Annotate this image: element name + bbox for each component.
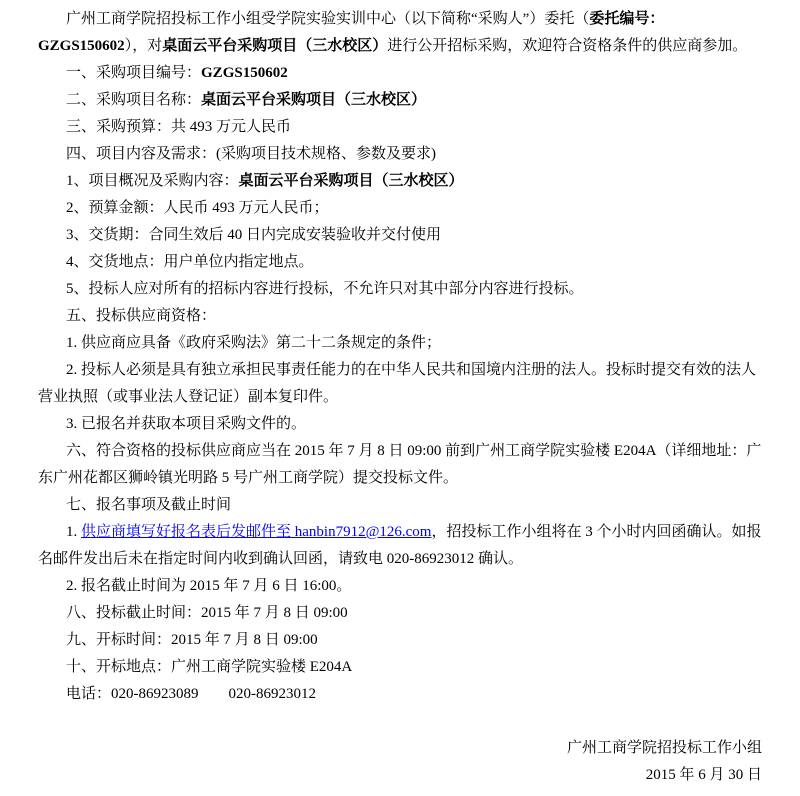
text-run: 4、交货地点：用户单位内指定地点。 [66, 254, 314, 270]
text-run: 2、预算金额：人民币 493 万元人民币； [66, 200, 329, 216]
bold-text: GZGS150602 [201, 65, 288, 81]
text-run: 七、报名事项及截止时间 [66, 497, 231, 513]
text-run: 八、投标截止时间：2015 年 7 月 8 日 09:00 [66, 605, 348, 621]
qualification-3: 3. 已报名并获取本项目采购文件的。 [38, 411, 762, 438]
item-bid-deadline: 八、投标截止时间：2015 年 7 月 8 日 09:00 [38, 600, 762, 627]
text-run: 一、采购项目编号： [66, 65, 201, 81]
email-link[interactable]: 供应商填写好报名表后发邮件至 hanbin7912@126.com [81, 524, 431, 540]
text-run: 四、项目内容及需求：(采购项目技术规格、参数及要求) [66, 146, 436, 162]
item-content-requirements: 四、项目内容及需求：(采购项目技术规格、参数及要求) [38, 141, 762, 168]
phone-line: 电话：020-86923089 020-86923012 [38, 681, 762, 708]
qualification-2: 2. 投标人必须是具有独立承担民事责任能力的在中华人民共和国境内注册的法人。投标… [38, 357, 762, 411]
signature-block: 广州工商学院招投标工作小组 2015 年 6 月 30 日 [38, 735, 762, 789]
text-run: 广州工商学院招投标工作小组受学院实验实训中心（以下简称“采购人”）委托（ [66, 11, 589, 27]
item-supplier-qualification: 五、投标供应商资格： [38, 303, 762, 330]
document-page: 广州工商学院招投标工作小组受学院实验实训中心（以下简称“采购人”）委托（委托编号… [0, 0, 800, 789]
item-budget: 三、采购预算：共 493 万元人民币 [38, 114, 762, 141]
item-bid-opening-time: 九、开标时间：2015 年 7 月 8 日 09:00 [38, 627, 762, 654]
text-run: 进行公开招标采购，欢迎符合资格条件的供应商参加。 [387, 38, 747, 54]
item-bid-all-content: 5、投标人应对所有的招标内容进行投标，不允许只对其中部分内容进行投标。 [38, 276, 762, 303]
text-run: 1. 供应商应具备《政府采购法》第二十二条规定的条件； [66, 335, 441, 351]
text-run: 三、采购预算：共 493 万元人民币 [66, 119, 291, 135]
registration-1: 1. 供应商填写好报名表后发邮件至 hanbin7912@126.com，招投标… [38, 519, 762, 573]
item-project-number: 一、采购项目编号：GZGS150602 [38, 60, 762, 87]
item-bid-opening-place: 十、开标地点：广州工商学院实验楼 E204A [38, 654, 762, 681]
item-submission: 六、符合资格的投标供应商应当在 2015 年 7 月 8 日 09:00 前到广… [38, 438, 762, 492]
text-run: 5、投标人应对所有的招标内容进行投标，不允许只对其中部分内容进行投标。 [66, 281, 584, 297]
item-overview: 1、项目概况及采购内容：桌面云平台采购项目（三水校区） [38, 168, 762, 195]
document-body: 广州工商学院招投标工作小组受学院实验实训中心（以下简称“采购人”）委托（委托编号… [38, 6, 762, 708]
item-project-name: 二、采购项目名称：桌面云平台采购项目（三水校区） [38, 87, 762, 114]
text-run: 3、交货期：合同生效后 40 日内完成安装验收并交付使用 [66, 227, 441, 243]
text-run: 电话：020-86923089 020-86923012 [66, 686, 316, 702]
text-run: 十、开标地点：广州工商学院实验楼 E204A [66, 659, 352, 675]
text-run: 3. 已报名并获取本项目采购文件的。 [66, 416, 306, 432]
bold-text: 桌面云平台采购项目（三水校区） [162, 38, 387, 54]
text-run: 二、采购项目名称： [66, 92, 201, 108]
text-run: 2. 投标人必须是具有独立承担民事责任能力的在中华人民共和国境内注册的法人。投标… [38, 362, 756, 405]
intro-paragraph: 广州工商学院招投标工作小组受学院实验实训中心（以下简称“采购人”）委托（委托编号… [38, 6, 762, 60]
text-run: 五、投标供应商资格： [66, 308, 216, 324]
bold-text: 桌面云平台采购项目（三水校区） [239, 173, 464, 189]
signature-date: 2015 年 6 月 30 日 [38, 762, 762, 789]
item-registration-deadline-heading: 七、报名事项及截止时间 [38, 492, 762, 519]
item-budget-amount: 2、预算金额：人民币 493 万元人民币； [38, 195, 762, 222]
text-run: 1. [66, 524, 81, 540]
item-delivery-period: 3、交货期：合同生效后 40 日内完成安装验收并交付使用 [38, 222, 762, 249]
signature-org: 广州工商学院招投标工作小组 [38, 735, 762, 762]
text-run: 1、项目概况及采购内容： [66, 173, 239, 189]
registration-2: 2. 报名截止时间为 2015 年 7 月 6 日 16:00。 [38, 573, 762, 600]
text-run: 九、开标时间：2015 年 7 月 8 日 09:00 [66, 632, 318, 648]
item-delivery-place: 4、交货地点：用户单位内指定地点。 [38, 249, 762, 276]
bold-text: 桌面云平台采购项目（三水校区） [201, 92, 426, 108]
text-run: 2. 报名截止时间为 2015 年 7 月 6 日 16:00。 [66, 578, 351, 594]
qualification-1: 1. 供应商应具备《政府采购法》第二十二条规定的条件； [38, 330, 762, 357]
text-run: ），对 [125, 38, 163, 54]
text-run: 六、符合资格的投标供应商应当在 2015 年 7 月 8 日 09:00 前到广… [38, 443, 761, 486]
